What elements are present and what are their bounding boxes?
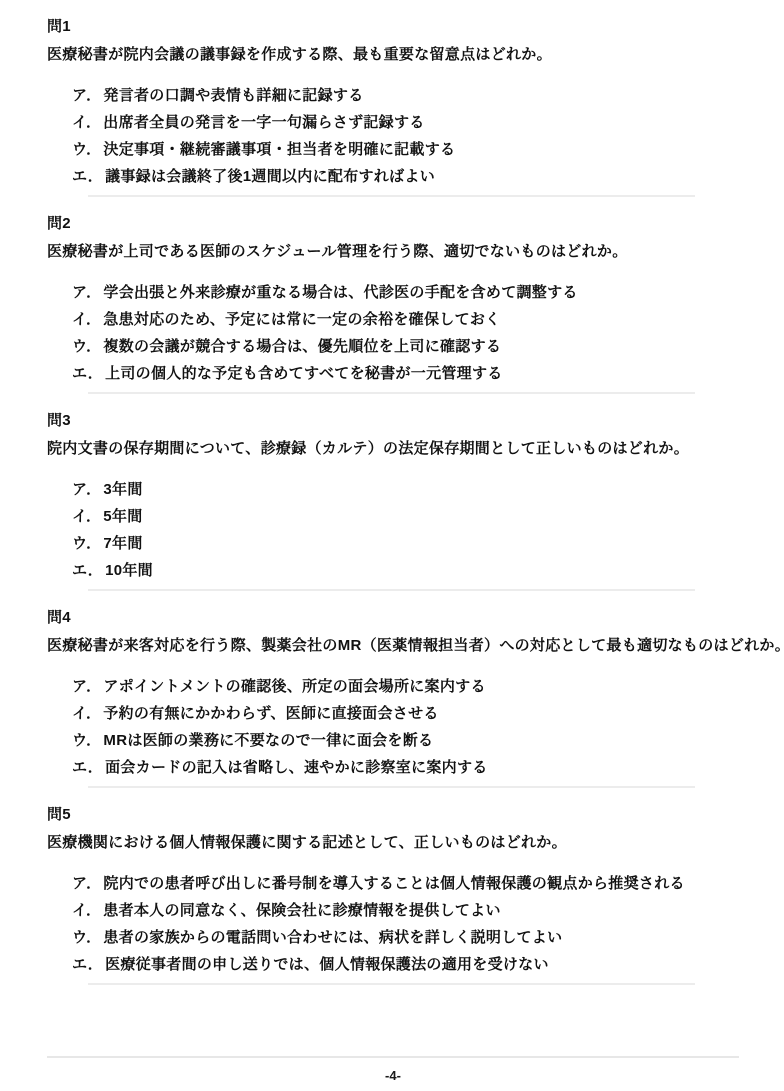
option-text: 患者の家族からの電話問い合わせには、病状を詳しく説明してよい bbox=[103, 929, 562, 946]
option: エ．医療従事者間の申し送りでは、個人情報保護法の適用を受けない bbox=[72, 954, 739, 975]
question-divider bbox=[88, 195, 695, 197]
option-label: ア． bbox=[72, 87, 101, 104]
question-text: 医療秘書が上司である医師のスケジュール管理を行う際、適切でないものはどれか。 bbox=[47, 241, 739, 262]
option-text: 学会出張と外来診療が重なる場合は、代診医の手配を含めて調整する bbox=[103, 284, 577, 301]
option-label: エ． bbox=[72, 562, 103, 579]
options-list: ア．アポイントメントの確認後、所定の面会場所に案内する イ．予約の有無にかかわら… bbox=[47, 676, 739, 778]
question-divider bbox=[88, 983, 695, 985]
options-list: ア．3年間 イ．5年間 ウ．7年間 エ．10年間 bbox=[47, 479, 739, 581]
option-label: エ． bbox=[72, 956, 103, 973]
option-label: ア． bbox=[72, 875, 101, 892]
option: エ．議事録は会議終了後1週間以内に配布すればよい bbox=[72, 166, 739, 187]
question-block-3: 問3 院内文書の保存期間について、診療録（カルテ）の法定保存期間として正しいもの… bbox=[47, 410, 739, 607]
option-label: ウ． bbox=[72, 338, 101, 355]
option-text: MRは医師の業務に不要なので一律に面会を断る bbox=[103, 732, 433, 749]
option-text: 上司の個人的な予定も含めてすべてを秘書が一元管理する bbox=[105, 365, 503, 382]
option-label: イ． bbox=[72, 705, 101, 722]
question-block-5: 問5 医療機関における個人情報保護に関する記述として、正しいものはどれか。 ア．… bbox=[47, 804, 739, 1001]
option-label: イ． bbox=[72, 902, 101, 919]
page-number: -4- bbox=[47, 1068, 739, 1091]
option-label: ア． bbox=[72, 481, 101, 498]
option-text: 急患対応のため、予定には常に一定の余裕を確保しておく bbox=[103, 311, 500, 328]
question-number: 問1 bbox=[47, 16, 739, 37]
option-text: 院内での患者呼び出しに番号制を導入することは個人情報保護の観点から推奨される bbox=[103, 875, 684, 892]
option: イ．出席者全員の発言を一字一句漏らさず記録する bbox=[72, 112, 739, 133]
question-text: 医療秘書が院内会議の議事録を作成する際、最も重要な留意点はどれか。 bbox=[47, 44, 739, 65]
option: イ．患者本人の同意なく、保険会社に診療情報を提供してよい bbox=[72, 900, 739, 921]
option-text: 発言者の口調や表情も詳細に記録する bbox=[103, 87, 363, 104]
option: ア．院内での患者呼び出しに番号制を導入することは個人情報保護の観点から推奨される bbox=[72, 873, 739, 894]
option-text: 医療従事者間の申し送りでは、個人情報保護法の適用を受けない bbox=[105, 956, 549, 973]
option: ウ．決定事項・継続審議事項・担当者を明確に記載する bbox=[72, 139, 739, 160]
question-block-2: 問2 医療秘書が上司である医師のスケジュール管理を行う際、適切でないものはどれか… bbox=[47, 213, 739, 410]
option-label: ア． bbox=[72, 678, 101, 695]
question-number: 問4 bbox=[47, 607, 739, 628]
options-list: ア．学会出張と外来診療が重なる場合は、代診医の手配を含めて調整する イ．急患対応… bbox=[47, 282, 739, 384]
option-text: 7年間 bbox=[103, 535, 142, 552]
page-footer: -4- bbox=[47, 1056, 739, 1091]
options-list: ア．発言者の口調や表情も詳細に記録する イ．出席者全員の発言を一字一句漏らさず記… bbox=[47, 85, 739, 187]
option: ウ．患者の家族からの電話問い合わせには、病状を詳しく説明してよい bbox=[72, 927, 739, 948]
option-text: 決定事項・継続審議事項・担当者を明確に記載する bbox=[103, 141, 455, 158]
option: ア．発言者の口調や表情も詳細に記録する bbox=[72, 85, 739, 106]
option: エ．上司の個人的な予定も含めてすべてを秘書が一元管理する bbox=[72, 363, 739, 384]
option: エ．面会カードの記入は省略し、速やかに診察室に案内する bbox=[72, 757, 739, 778]
option-text: 10年間 bbox=[105, 562, 153, 579]
option-text: 複数の会議が競合する場合は、優先順位を上司に確認する bbox=[103, 338, 501, 355]
question-divider bbox=[88, 589, 695, 591]
option-text: 3年間 bbox=[103, 481, 142, 498]
question-divider bbox=[88, 392, 695, 394]
question-block-1: 問1 医療秘書が院内会議の議事録を作成する際、最も重要な留意点はどれか。 ア．発… bbox=[47, 16, 739, 213]
option-label: イ． bbox=[72, 311, 101, 328]
option: ア．アポイントメントの確認後、所定の面会場所に案内する bbox=[72, 676, 739, 697]
option-label: ウ． bbox=[72, 929, 101, 946]
option: イ．急患対応のため、予定には常に一定の余裕を確保しておく bbox=[72, 309, 739, 330]
option-text: 5年間 bbox=[103, 508, 142, 525]
option-label: イ． bbox=[72, 114, 101, 131]
question-number: 問2 bbox=[47, 213, 739, 234]
footer-divider bbox=[47, 1056, 739, 1058]
option-label: ウ． bbox=[72, 732, 101, 749]
option-text: 予約の有無にかかわらず、医師に直接面会させる bbox=[103, 705, 438, 722]
option-text: 出席者全員の発言を一字一句漏らさず記録する bbox=[103, 114, 424, 131]
options-list: ア．院内での患者呼び出しに番号制を導入することは個人情報保護の観点から推奨される… bbox=[47, 873, 739, 975]
question-divider bbox=[88, 786, 695, 788]
option-label: ア． bbox=[72, 284, 101, 301]
question-number: 問5 bbox=[47, 804, 739, 825]
option-text: 議事録は会議終了後1週間以内に配布すればよい bbox=[105, 168, 435, 185]
option: ア．学会出張と外来診療が重なる場合は、代診医の手配を含めて調整する bbox=[72, 282, 739, 303]
option: ウ．MRは医師の業務に不要なので一律に面会を断る bbox=[72, 730, 739, 751]
exam-page: 問1 医療秘書が院内会議の議事録を作成する際、最も重要な留意点はどれか。 ア．発… bbox=[0, 0, 784, 1091]
option-label: エ． bbox=[72, 168, 103, 185]
question-block-4: 問4 医療秘書が来客対応を行う際、製薬会社のMR（医薬情報担当者）への対応として… bbox=[47, 607, 739, 804]
question-number: 問3 bbox=[47, 410, 739, 431]
question-text: 医療機関における個人情報保護に関する記述として、正しいものはどれか。 bbox=[47, 832, 739, 853]
option-label: ウ． bbox=[72, 535, 101, 552]
option-text: アポイントメントの確認後、所定の面会場所に案内する bbox=[103, 678, 485, 695]
option: エ．10年間 bbox=[72, 560, 739, 581]
option: イ．予約の有無にかかわらず、医師に直接面会させる bbox=[72, 703, 739, 724]
option-label: イ． bbox=[72, 508, 101, 525]
option: ウ．複数の会議が競合する場合は、優先順位を上司に確認する bbox=[72, 336, 739, 357]
option-text: 患者本人の同意なく、保険会社に診療情報を提供してよい bbox=[103, 902, 501, 919]
question-text: 院内文書の保存期間について、診療録（カルテ）の法定保存期間として正しいものはどれ… bbox=[47, 438, 739, 459]
option-label: ウ． bbox=[72, 141, 101, 158]
question-text: 医療秘書が来客対応を行う際、製薬会社のMR（医薬情報担当者）への対応として最も適… bbox=[47, 635, 739, 656]
option-text: 面会カードの記入は省略し、速やかに診察室に案内する bbox=[105, 759, 488, 776]
option: イ．5年間 bbox=[72, 506, 739, 527]
option-label: エ． bbox=[72, 759, 103, 776]
option: ア．3年間 bbox=[72, 479, 739, 500]
option-label: エ． bbox=[72, 365, 103, 382]
option: ウ．7年間 bbox=[72, 533, 739, 554]
